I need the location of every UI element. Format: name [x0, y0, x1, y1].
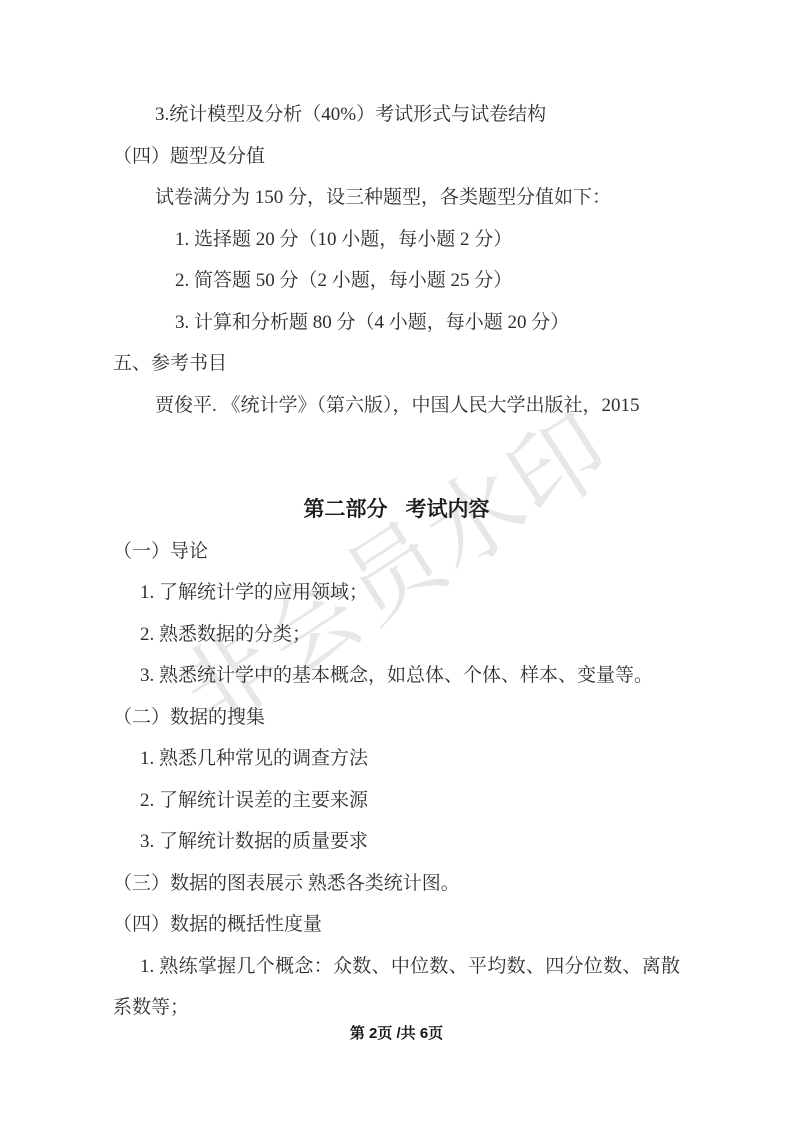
doc-line-paragraph: 3.统计模型及分析（40%）考试形式与试卷结构 — [113, 94, 680, 136]
doc-line-section: （一）导论 — [113, 531, 680, 573]
doc-line-item: 1. 了解统计学的应用领域； — [113, 572, 680, 614]
section-heading-title: 考试内容 — [406, 498, 490, 521]
doc-line-section: 五、参考书目 — [113, 343, 680, 385]
doc-line-item: 3. 计算和分析题 80 分（4 小题，每小题 20 分） — [113, 302, 680, 344]
doc-line-reference: 贾俊平. 《统计学》（第六版），中国人民大学出版社，2015 — [113, 385, 680, 427]
document-page: 非会员水印 3.统计模型及分析（40%）考试形式与试卷结构 （四）题型及分值 试… — [0, 0, 793, 1122]
page-number: 第 2页 /共 6页 — [0, 1022, 793, 1043]
doc-line-item: 2. 简答题 50 分（2 小题，每小题 25 分） — [113, 260, 680, 302]
doc-line-item: 2. 熟悉数据的分类； — [113, 614, 680, 656]
doc-line-item: 1. 选择题 20 分（10 小题，每小题 2 分） — [113, 219, 680, 261]
doc-line-item: 1. 熟悉几种常见的调查方法 — [113, 738, 680, 780]
doc-line-paragraph: 试卷满分为 150 分，设三种题型，各类题型分值如下： — [113, 177, 680, 219]
doc-line-item-wrapped: 1. 熟练掌握几个概念：众数、中位数、平均数、四分位数、离散系数等； — [113, 946, 680, 1029]
doc-line-section: （四）数据的概括性度量 — [113, 904, 680, 946]
doc-line-item: 3. 熟悉统计学中的基本概念，如总体、个体、样本、变量等。 — [113, 655, 680, 697]
doc-line-item: 2. 了解统计误差的主要来源 — [113, 780, 680, 822]
doc-line-section: （三）数据的图表展示 熟悉各类统计图。 — [113, 863, 680, 905]
section-heading-part: 第二部分 — [304, 498, 388, 521]
doc-line-section: （四）题型及分值 — [113, 136, 680, 178]
document-content: 3.统计模型及分析（40%）考试形式与试卷结构 （四）题型及分值 试卷满分为 1… — [0, 0, 793, 1029]
section-heading: 第二部分考试内容 — [113, 489, 680, 531]
doc-line-section: （二）数据的搜集 — [113, 697, 680, 739]
doc-line-item: 3. 了解统计数据的质量要求 — [113, 821, 680, 863]
